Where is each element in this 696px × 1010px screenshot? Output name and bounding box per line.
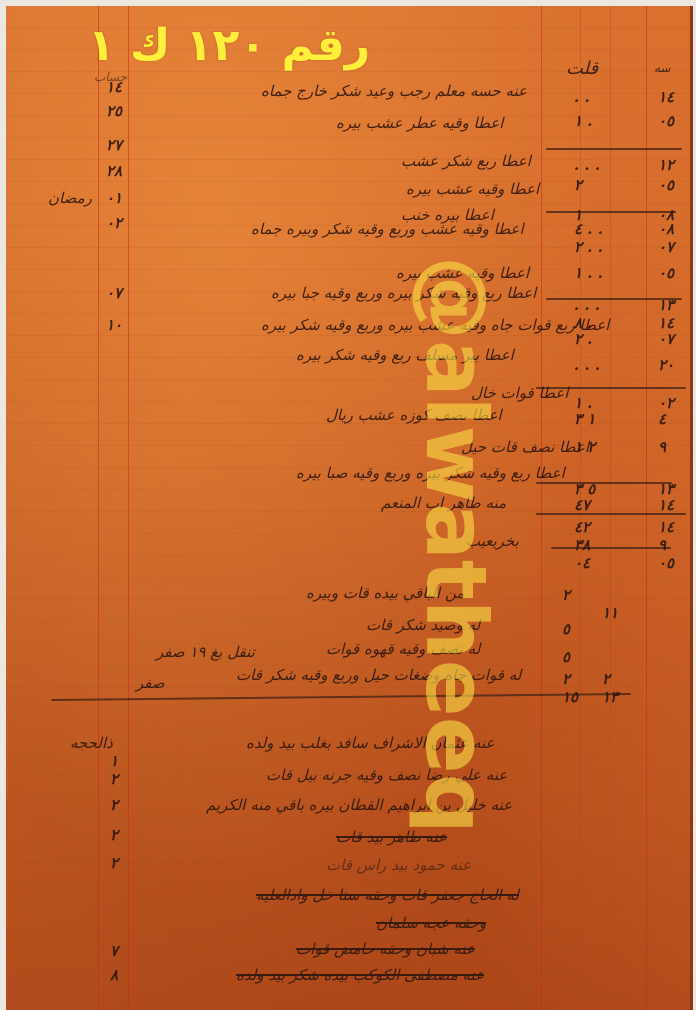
ledger-entry: اعطا ربع شكر عشب: [401, 152, 531, 170]
ledger-entry: اعطا وقيه عشب بيره: [406, 180, 539, 198]
amount-cell: ٤٢: [574, 518, 590, 536]
amount-cell: ٥: [562, 648, 570, 666]
left-margin-rule-2: [128, 6, 129, 1010]
amount-cell: ٢: [574, 176, 582, 194]
sum-line: [536, 482, 672, 484]
ledger-entry: اعطا وقيه عطر عشب بيره: [336, 114, 503, 132]
amount-cell: . . .: [574, 356, 600, 374]
ledger-entry: عنه طاهر بيد قات: [336, 828, 447, 846]
ledger-entry: وحقه عجه سلمان: [376, 914, 486, 932]
ledger-entry: عنه علي رضا نصف وقيه جرنه بيل قات: [266, 766, 507, 784]
ledger-entry: اعطا نصف كوزه عشب ريال: [326, 406, 502, 424]
day-number: ٢: [110, 796, 118, 814]
row-number: ١٤: [658, 496, 674, 514]
ledger-entry: عنه مصطفى الكوكب بيده شكر بيد ولده: [236, 966, 484, 984]
margin-number: ٢٧: [106, 136, 122, 154]
amount-cell: ١٣: [602, 688, 618, 706]
row-number: ٠٨: [658, 220, 674, 238]
right-margin-rule: [541, 6, 542, 1010]
column-rule-2: [610, 6, 611, 1010]
amount-cell: ١ ٣: [574, 410, 595, 428]
amount-cell: . . .: [574, 296, 600, 314]
ledger-entry: اعطا قوات خال: [471, 384, 568, 402]
dhulhijja-heading: ذالحجه: [70, 734, 113, 752]
row-number: ٩: [658, 438, 666, 456]
row-number: ٢٠: [658, 356, 674, 374]
column-heading: قلت: [566, 58, 598, 79]
day-number: ٢: [110, 826, 118, 844]
row-number: ٠٧: [658, 238, 674, 256]
ledger-entry: من الباقي بيده قات وبيره: [306, 584, 464, 602]
day-number: ٨: [110, 966, 118, 984]
margin-number: ٠٢: [106, 214, 122, 232]
margin-number: ١٤: [106, 78, 122, 96]
row-number: ١٢: [658, 156, 674, 174]
ledger-entry: اعطا وقيه عشب بيره: [396, 264, 529, 282]
ledger-entry: له الحاج جعفر قات وحقه سنا خل وادالعليه: [256, 886, 519, 904]
amount-cell: ٠٤: [574, 554, 590, 572]
title-overlay: رقم ١٢٠ ك ١: [84, 20, 374, 71]
amount-cell: . . .: [574, 156, 600, 174]
right-column-rule: [646, 6, 647, 1010]
amount-cell: ٥: [562, 620, 570, 638]
row-number: ٠٥: [658, 112, 674, 130]
ledger-entry: اعطا نصف قات حيل: [461, 438, 589, 456]
amount-cell: ٣٨: [574, 536, 590, 554]
ledger-entry: اعطا ربع وقيه شكر بيره وربع وقيه جبا بير…: [271, 284, 536, 302]
row-number: ٠٥: [658, 176, 674, 194]
ledger-entry: له وصيد شكر قات: [366, 616, 480, 634]
row-number: ٠٧: [658, 330, 674, 348]
ledger-entry: عنه خليل بن ابراهيم القطان بيره باقي منه…: [206, 796, 512, 814]
amount-cell: ٢: [562, 586, 570, 604]
month-note: صفر: [136, 674, 165, 692]
amount-cell: . . ٤: [574, 220, 603, 238]
ledger-entry: له نصف وقيه قهوه قوات: [326, 640, 480, 658]
amount-cell: ٤٧: [574, 496, 590, 514]
ledger-entry: اعطا وقيه عشب وربع وقيه شكر وبيره جماه: [251, 220, 524, 238]
ramadan-note: رمضان: [48, 189, 92, 207]
sum-line: [546, 148, 682, 150]
amount-cell: . . ٢: [574, 238, 603, 256]
row-number: ١٤: [658, 518, 674, 536]
amount-cell: ٢: [562, 670, 570, 688]
day-number: ١: [110, 752, 118, 770]
amount-cell: . .: [574, 88, 590, 106]
day-number: ٢: [110, 854, 118, 872]
sum-line: [546, 211, 676, 213]
amount-cell: ١١: [602, 604, 618, 622]
ledger-entry: عنه حسه معلم رجب وعيد شكر خارج جماه: [261, 82, 527, 100]
ledger-entry: اعطا بير مسلف ربع وقيه شكر بيره: [296, 346, 514, 364]
margin-number: ٢٨: [106, 162, 122, 180]
margin-number: ٠١: [106, 189, 122, 207]
ledger-page: قلت سه حساب ١٤٠٥١٢٠٥٠٨٠٨٠٧٠٥١٣١٤٠٧٢٠٠٢٤٩…: [6, 6, 693, 1010]
row-number: ٠٥: [658, 554, 674, 572]
ledger-entry: له قوات جاه وضغات حيل وربع وقيه شكر قات: [236, 666, 521, 684]
amount-cell: . ١: [574, 112, 593, 130]
ledger-entry: عنه عثمان الاشراف سافد بغلب بيد ولده: [246, 734, 495, 752]
row-number: ٩: [658, 536, 666, 554]
ledger-entry: اعطا ربع قوات جاه وقيه عشب بيره وربع وقي…: [261, 316, 609, 334]
right-column-heading: سه: [654, 61, 671, 75]
row-number: ١٣: [658, 296, 674, 314]
ledger-entry: بخريعيب: [466, 532, 519, 550]
left-margin-rule: [98, 6, 99, 1010]
ledger-entry: منه طاهر اب المنعم: [381, 494, 506, 512]
day-number: ٢: [110, 770, 118, 788]
sum-line: [551, 547, 671, 549]
transfer-note: تنقل بغ ١٩ صفر: [156, 643, 255, 661]
row-number: ١٤: [658, 88, 674, 106]
amount-cell: ١٥: [562, 688, 578, 706]
margin-number: ٢٥: [106, 102, 122, 120]
margin-number: ١٠: [106, 316, 122, 334]
amount-cell: ٢: [602, 670, 610, 688]
ledger-entry: عنه حمود بيد راس قات: [326, 856, 471, 874]
ledger-entry: عنه شبان وحقه حامض قوات: [296, 940, 475, 958]
margin-number: ٠٧: [106, 284, 122, 302]
row-number: ٠٥: [658, 264, 674, 282]
day-number: ٧: [110, 942, 118, 960]
ledger-entry: اعطا ربع وقيه شكر بيره وربع وقيه صبا بير…: [296, 464, 565, 482]
amount-cell: . . ١: [574, 264, 603, 282]
row-number: ٤: [658, 410, 666, 428]
